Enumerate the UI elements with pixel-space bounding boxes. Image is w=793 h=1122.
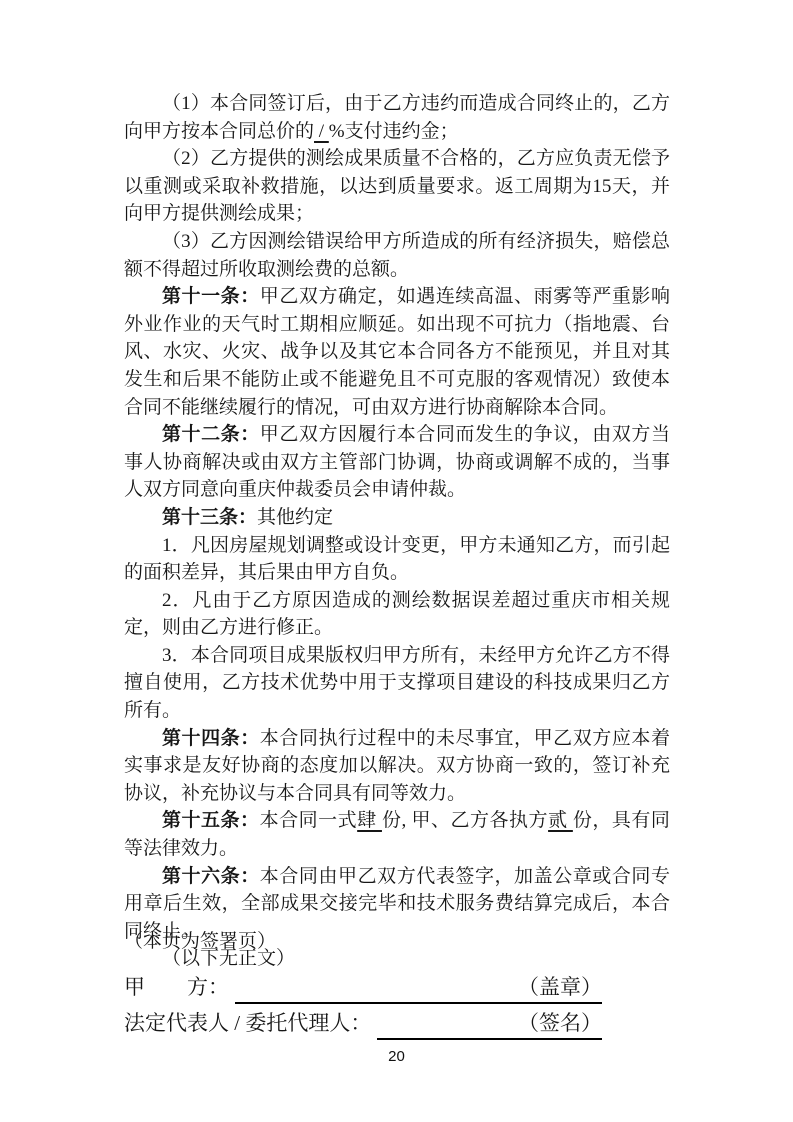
- breach-item-1: （1）本合同签订后，由于乙方违约而造成合同终止的，乙方向甲方按本合同总价的 / …: [124, 90, 670, 145]
- clause-11-label: 第十一条：: [162, 286, 260, 307]
- legal-rep-label: 法定代表人 / 委托代理人：: [124, 1008, 377, 1038]
- party-a-signature-line: （盖章）: [235, 972, 602, 1004]
- clause-13-label: 第十三条：: [162, 507, 257, 528]
- clause-13: 第十三条：其他约定: [124, 504, 670, 532]
- clause-13-item-2: 2．凡由于乙方原因造成的测绘数据误差超过重庆市相关规定，则由乙方进行修正。: [124, 587, 670, 642]
- clause-15-label: 第十五条：: [162, 810, 260, 831]
- clause-11: 第十一条：甲乙双方确定，如遇连续高温、雨雾等严重影响外业作业的天气时工期相应顺延…: [124, 283, 670, 421]
- clause-12: 第十二条：甲乙双方因履行本合同而发生的争议，由双方当事人协商解决或由双方主管部门…: [124, 421, 670, 504]
- clause-15-seg1: 本合同一式: [260, 810, 358, 831]
- clause-12-label: 第十二条：: [162, 424, 260, 445]
- clause-13-item-1: 1．凡因房屋规划调整或设计变更，甲方未通知乙方，而引起的面积差异，其后果由甲方自…: [124, 532, 670, 587]
- party-a-seal-label: （盖章）: [518, 972, 602, 1002]
- clause-13-item-3: 3．本合同项目成果版权归甲方所有，未经甲方允许乙方不得擅自使用，乙方技术优势中用…: [124, 642, 670, 725]
- party-a-signature-row: 甲 方： （盖章）: [124, 972, 602, 1004]
- clause-15-each-blank: 贰: [548, 810, 573, 831]
- clause-14-label: 第十四条：: [162, 728, 260, 749]
- legal-rep-signature-row: 法定代表人 / 委托代理人： （签名）: [124, 1008, 602, 1040]
- signature-page-note: （本页为签署页）: [124, 928, 276, 956]
- clause-13-text: 其他约定: [257, 507, 333, 528]
- legal-rep-sign-label: （签名）: [518, 1008, 602, 1038]
- breach-item-3: （3）乙方因测绘错误给甲方所造成的所有经济损失，赔偿总额不得超过所收取测绘费的总…: [124, 228, 670, 283]
- page-number: 20: [0, 1048, 793, 1065]
- clause-14: 第十四条：本合同执行过程中的未尽事宜，甲乙双方应本着实事求是友好协商的态度加以解…: [124, 725, 670, 808]
- breach-item-1-post: %支付违约金；: [329, 121, 459, 142]
- party-a-label: 甲 方：: [124, 972, 235, 1002]
- clause-15-copies-blank: 肆: [357, 810, 382, 831]
- contract-page: （1）本合同签订后，由于乙方违约而造成合同终止的，乙方向甲方按本合同总价的 / …: [0, 0, 793, 1122]
- clause-15: 第十五条：本合同一式肆 份, 甲、乙方各执方贰 份，具有同等法律效力。: [124, 807, 670, 862]
- clause-15-seg2: 份, 甲、乙方各执方: [382, 810, 548, 831]
- contract-body: （1）本合同签订后，由于乙方违约而造成合同终止的，乙方向甲方按本合同总价的 / …: [124, 90, 670, 973]
- breach-item-2: （2）乙方提供的测绘成果质量不合格的，乙方应负责无偿予以重测或采取补救措施，以达…: [124, 145, 670, 228]
- breach-item-1-blank: /: [314, 121, 329, 142]
- legal-rep-signature-line: （签名）: [377, 1008, 602, 1040]
- clause-16-label: 第十六条：: [162, 866, 260, 887]
